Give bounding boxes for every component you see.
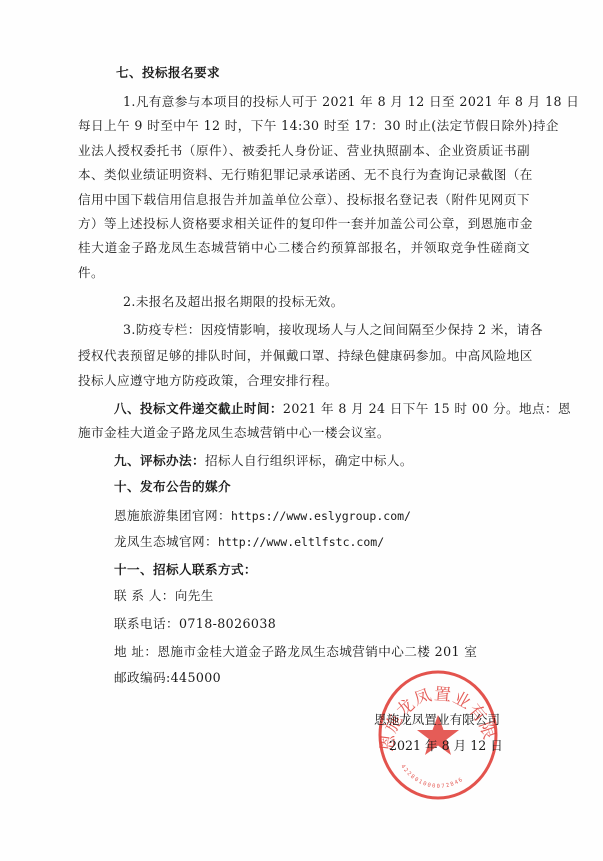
section-7-item-2: 2.未报名及超出报名期限的投标无效。 <box>123 294 344 310</box>
section-9-text: 招标人自行组织评标，确定中标人。 <box>205 453 413 468</box>
section-7-item-3-line-2: 授权代表预留足够的排队时间，并佩戴口罩、持绿色健康码参加。中高风险地区 <box>78 348 530 364</box>
media-item-longfeng: 龙凤生态城官网：http://www.eltlfstc.com/ <box>114 534 384 550</box>
signature-company: 恩施龙凤置业有限公司 <box>374 712 500 728</box>
section-9-heading: 九、评标办法： <box>114 453 205 468</box>
official-seal-icon: 恩施龙凤置业有限公司 422801000072846 <box>377 668 499 802</box>
signature-date: 2021 年 8 月 12 日 <box>389 738 503 754</box>
section-7-item-1-line-3: 业法人授权委托书（原件）、被委托人身份证、营业执照副本、企业资质证书副 <box>78 143 530 159</box>
section-10-heading: 十、发布公告的媒介 <box>114 479 231 495</box>
contact-address: 地 址：恩施市金桂大道金子路龙凤生态城营销中心二楼 201 室 <box>114 644 477 660</box>
section-7-item-1-line-8: 件。 <box>78 265 104 281</box>
contact-phone: 联系电话：0718-8026038 <box>114 616 276 632</box>
section-8-line-1: 八、投标文件递交截止时间： 2021 年 8 月 24 日下午 15 时 00 … <box>114 401 530 417</box>
section-7-item-1-line-6: 方）等上述投标人资格要求相关证件的复印件一套并加盖公司公章，到恩施市金 <box>78 216 530 232</box>
section-11-heading: 十一、招标人联系方式： <box>114 562 257 578</box>
media-item-esly: 恩施旅游集团官网：https://www.eslygroup.com/ <box>114 508 411 524</box>
section-7-item-3-line-3: 投标人应遵守地方防疫政策，合理安排行程。 <box>78 373 338 389</box>
media-label: 龙凤生态城官网： <box>114 534 218 549</box>
svg-text:422801000072846: 422801000072846 <box>399 764 465 790</box>
section-7-item-3-line-1: 3.防疫专栏：因疫情影响，接收现场人与人之间间隔至少保持 2 米，请各 <box>123 322 529 338</box>
media-url-link[interactable]: http://www.eltlfstc.com/ <box>218 535 384 549</box>
section-7-item-1-line-5: 信用中国下载信用信息报告并加盖单位公章）、投标报名登记表（附件见网页下 <box>78 192 530 208</box>
section-9-line: 九、评标办法：招标人自行组织评标，确定中标人。 <box>114 453 413 469</box>
document-page: 七、投标报名要求 1.凡有意参与本项目的投标人可于 2021 年 8 月 12 … <box>0 0 603 861</box>
section-8-heading: 八、投标文件递交截止时间： <box>114 401 283 417</box>
section-7-heading: 七、投标报名要求 <box>116 65 220 81</box>
section-7-item-1-line-1: 1.凡有意参与本项目的投标人可于 2021 年 8 月 12 日至 2021 年… <box>123 94 529 110</box>
section-7-item-1-line-7: 桂大道金子路龙凤生态城营销中心二楼合约预算部报名，并领取竞争性磋商文 <box>78 240 530 256</box>
contact-postcode: 邮政编码:445000 <box>114 670 221 686</box>
section-7-item-1-line-4: 本、类似业绩证明资料、无行贿犯罪记录承诺函、无不良行为查询记录截图（在 <box>78 167 530 183</box>
contact-person: 联 系 人：向先生 <box>114 588 214 604</box>
section-7-item-1-line-2: 每日上午 9 时至中午 12 时，下午 14:30 时至 17：30 时止(法定… <box>78 118 530 134</box>
media-url-link[interactable]: https://www.eslygroup.com/ <box>231 509 411 523</box>
media-label: 恩施旅游集团官网： <box>114 508 231 523</box>
section-8-deadline: 2021 年 8 月 24 日下午 15 时 00 分。地点：恩 <box>283 401 571 417</box>
section-8-line-2: 施市金桂大道金子路龙凤生态城营销中心一楼会议室。 <box>78 425 390 441</box>
